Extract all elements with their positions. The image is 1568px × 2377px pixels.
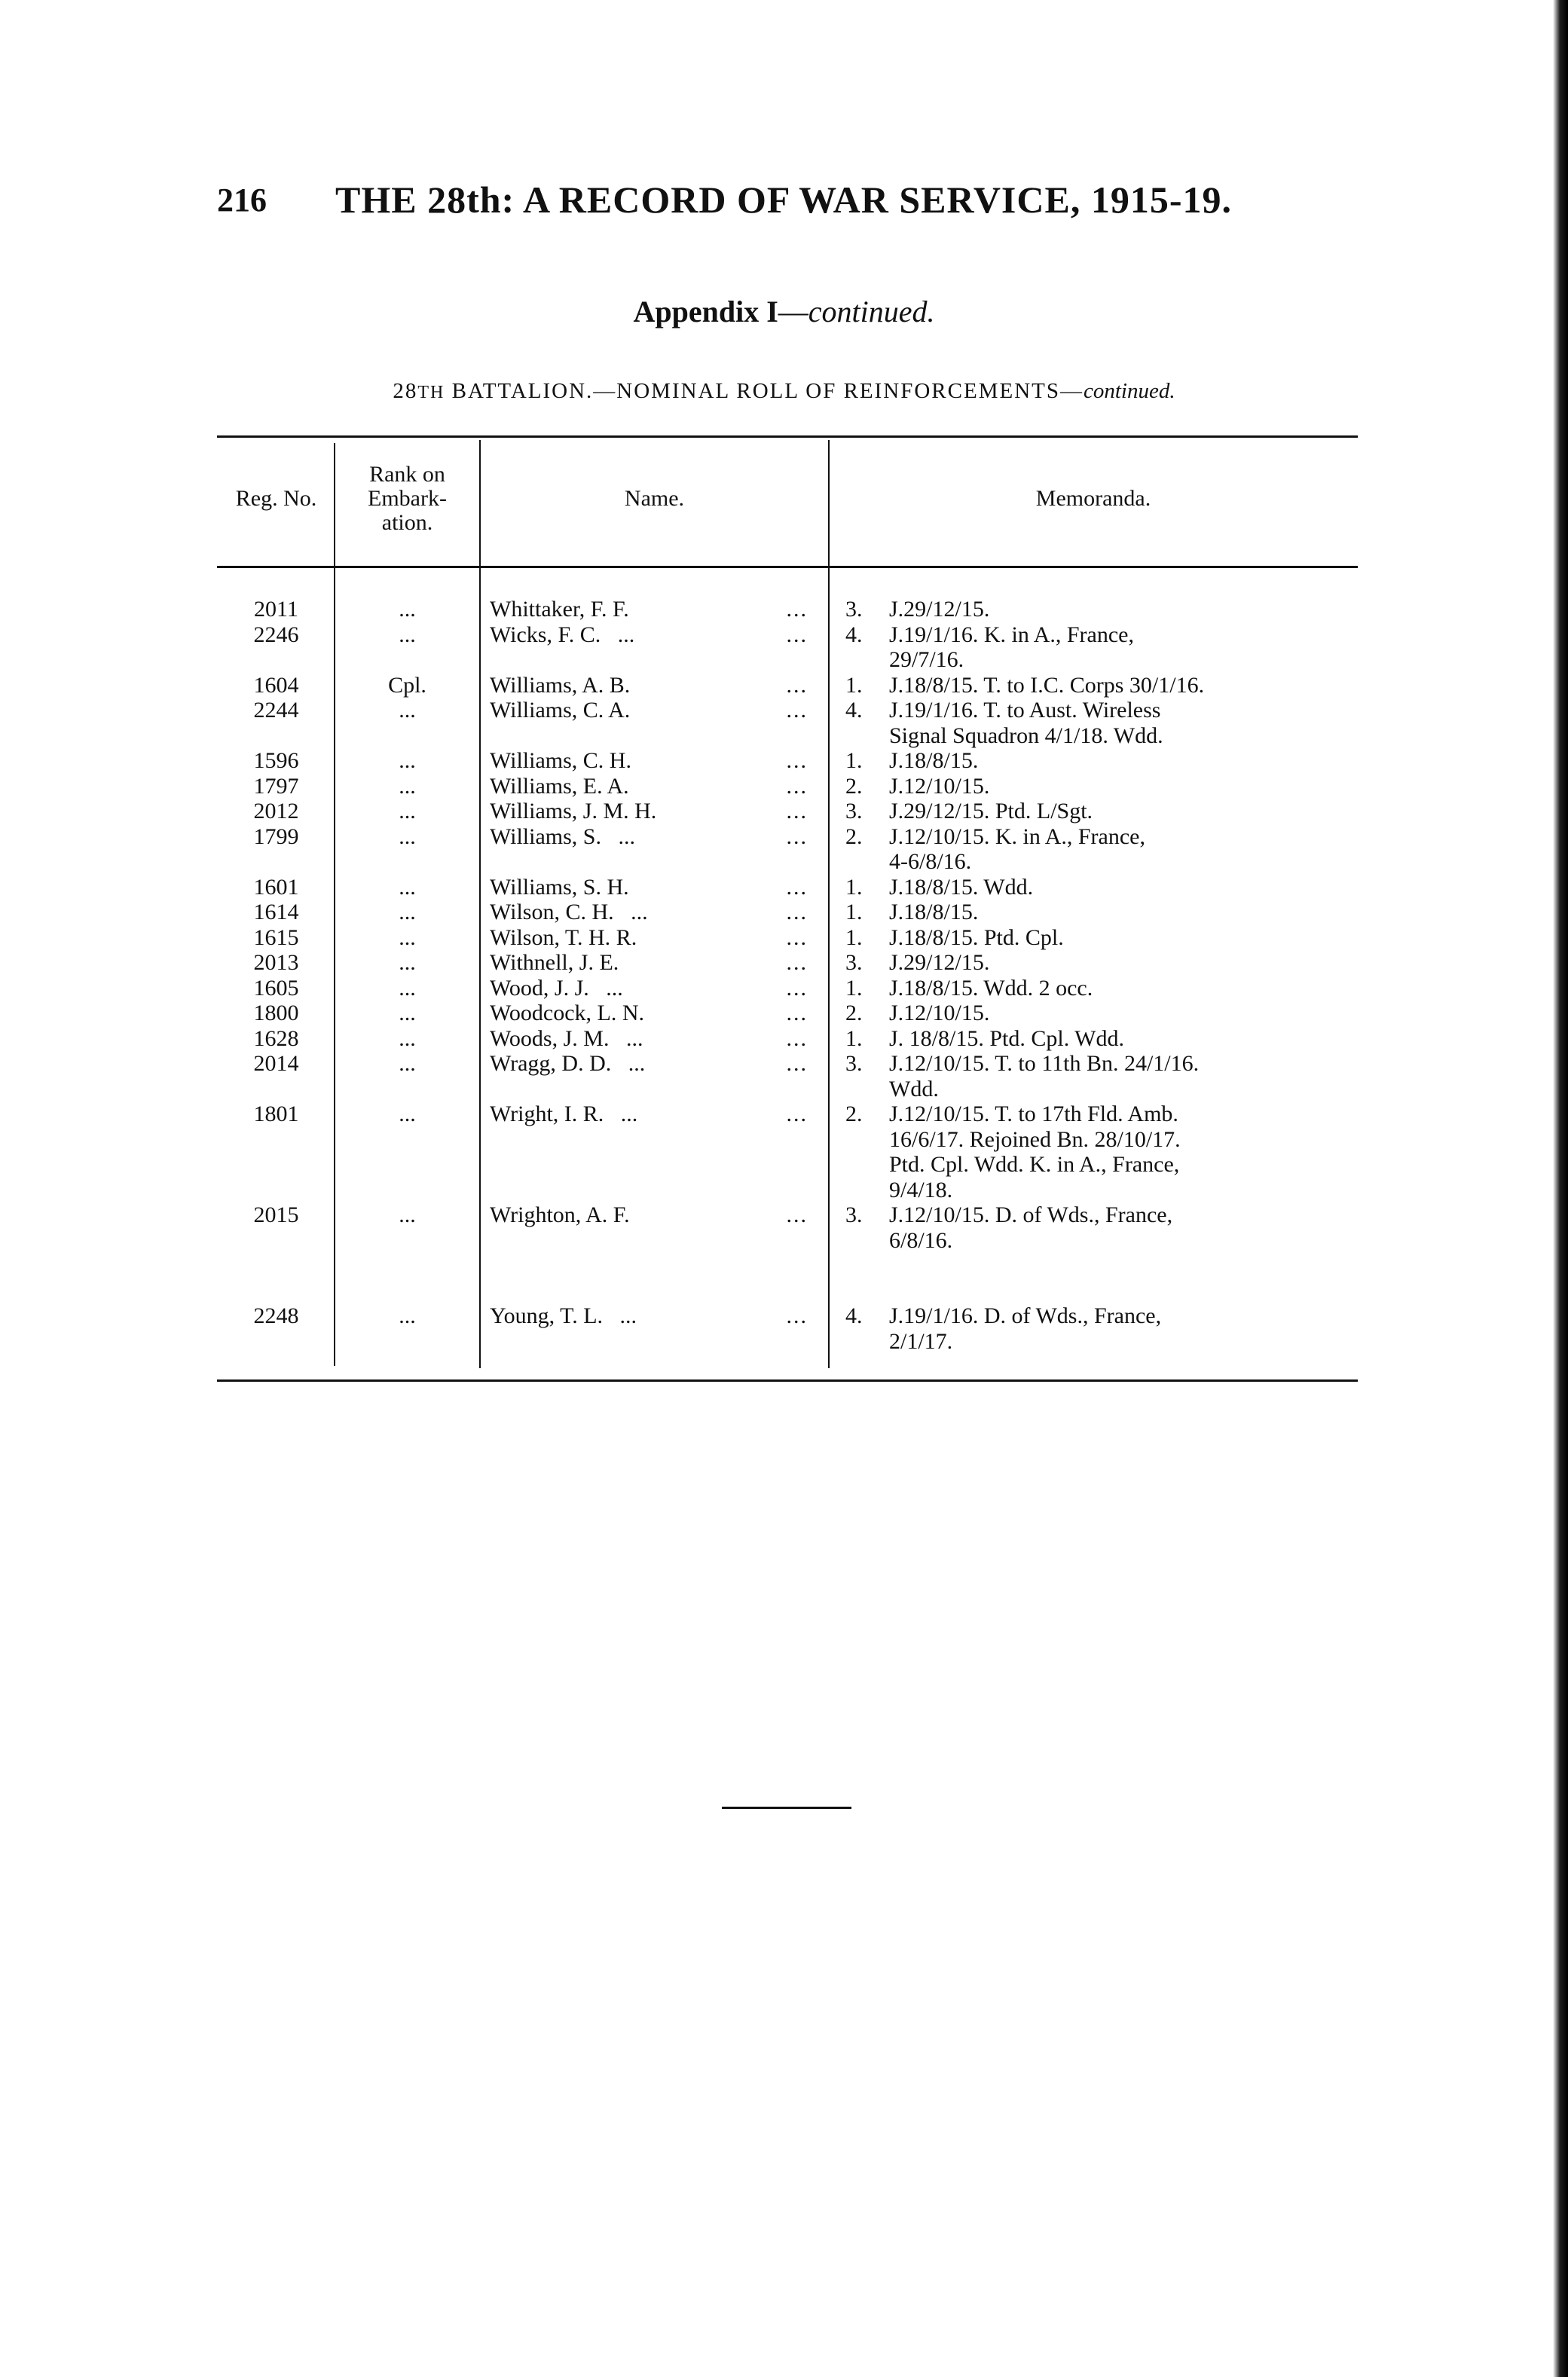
- name: Williams, S. H.: [490, 875, 629, 900]
- scan-edge-shadow: [1553, 0, 1568, 2377]
- subtitle-number: 28: [393, 379, 417, 403]
- name-cell: Wicks, F. C. ......: [481, 622, 829, 673]
- name: Wright, I. R. ...: [490, 1101, 637, 1202]
- memo-text: J.29/12/15. Ptd. L/Sgt.: [889, 799, 1356, 824]
- memoranda: 1.J.18/8/15. Wdd. 2 occ.: [829, 976, 1356, 1001]
- table-row: 2244 ... Williams, C. A.... 4.J.19/1/16.…: [219, 698, 1356, 748]
- header-rank: Rank on Embark- ation.: [335, 463, 479, 535]
- memo-number: 2.: [845, 1001, 889, 1026]
- memoranda: 1.J.18/8/15. Wdd.: [829, 875, 1356, 900]
- rank: ...: [334, 1001, 481, 1026]
- name: Wilson, T. H. R.: [490, 925, 637, 951]
- memo-text: J.12/10/15. K. in A., France,: [889, 824, 1356, 850]
- name: Williams, C. H.: [490, 748, 631, 774]
- table-row: 1800 ... Woodcock, L. N.... 2.J.12/10/15…: [219, 1001, 1356, 1026]
- leader-dots: ...: [787, 1101, 808, 1202]
- table-bottom-rule: [217, 1379, 1358, 1382]
- memoranda: 1.J.18/8/15. Ptd. Cpl.: [829, 925, 1356, 951]
- header-reg-no: Reg. No.: [219, 487, 334, 511]
- memoranda: 1.J.18/8/15.: [829, 900, 1356, 925]
- name-cell: Wilson, C. H. ......: [481, 900, 829, 925]
- name: Wragg, D. D. ...: [490, 1051, 645, 1101]
- memo-text: J.18/8/15. Wdd.: [889, 875, 1356, 900]
- name-cell: Woodcock, L. N....: [481, 1001, 829, 1026]
- memo-number: 3.: [845, 1202, 889, 1228]
- memo-text: J.19/1/16. T. to Aust. Wireless: [889, 698, 1356, 723]
- table-row: 1797 ... Williams, E. A.... 2.J.12/10/15…: [219, 774, 1356, 799]
- memoranda: 3.J.29/12/15.: [829, 597, 1356, 622]
- rank: ...: [334, 748, 481, 774]
- rank: ...: [334, 1026, 481, 1052]
- name: Williams, A. B.: [490, 673, 630, 698]
- table-row: 2246 ... Wicks, F. C. ...... 4.J.19/1/16…: [219, 622, 1356, 673]
- table-row: 2013 ... Withnell, J. E.... 3.J.29/12/15…: [219, 950, 1356, 976]
- leader-dots: ...: [787, 1026, 808, 1052]
- leader-dots: ...: [787, 673, 808, 698]
- rank: ...: [334, 875, 481, 900]
- memo-number: 1.: [845, 976, 889, 1001]
- name-cell: Woods, J. M. ......: [481, 1026, 829, 1052]
- subtitle-ordinal: TH: [417, 383, 445, 402]
- memo-number: 3.: [845, 950, 889, 976]
- name-cell: Williams, S. H....: [481, 875, 829, 900]
- leader-dots: ...: [787, 900, 808, 925]
- leader-dots: ...: [787, 748, 808, 774]
- leader-dots: ...: [787, 1202, 808, 1253]
- name-cell: Williams, C. A....: [481, 698, 829, 748]
- reg-no: 1628: [219, 1026, 334, 1052]
- leader-dots: ...: [787, 1001, 808, 1026]
- reg-no: 2012: [219, 799, 334, 824]
- memoranda: 2.J.12/10/15.: [829, 1001, 1356, 1026]
- table-row: 1615 ... Wilson, T. H. R.... 1.J.18/8/15…: [219, 925, 1356, 951]
- header-rank-line-1: Rank on: [335, 463, 479, 487]
- memoranda: 3.J.29/12/15. Ptd. L/Sgt.: [829, 799, 1356, 824]
- leader-dots: ...: [787, 875, 808, 900]
- rank: ...: [334, 799, 481, 824]
- leader-dots: ...: [787, 1303, 808, 1354]
- leader-dots: ...: [787, 799, 808, 824]
- memo-number: 2.: [845, 1101, 889, 1127]
- section-subtitle: 28TH BATTALION.—NOMINAL ROLL OF REINFORC…: [0, 379, 1568, 404]
- name-cell: Williams, J. M. H....: [481, 799, 829, 824]
- name: Woods, J. M. ...: [490, 1026, 643, 1052]
- table-row: 1799 ... Williams, S. ...... 2.J.12/10/1…: [219, 824, 1356, 875]
- reg-no: 2015: [219, 1202, 334, 1253]
- memoranda: 2.J.12/10/15. T. to 17th Fld. Amb. 16/6/…: [829, 1101, 1356, 1202]
- subtitle-main: BATTALION.—NOMINAL ROLL OF REINFORCEMENT…: [445, 379, 1084, 403]
- memo-number: 3.: [845, 597, 889, 622]
- leader-dots: ...: [787, 1051, 808, 1101]
- name: Young, T. L. ...: [490, 1303, 637, 1354]
- rank: ...: [334, 925, 481, 951]
- leader-dots: ...: [787, 824, 808, 875]
- name: Woodcock, L. N.: [490, 1001, 644, 1026]
- memo-number: 1.: [845, 900, 889, 925]
- memo-text: J.18/8/15. T. to I.C. Corps 30/1/16.: [889, 673, 1356, 698]
- memo-text: J.12/10/15. T. to 11th Bn. 24/1/16.: [889, 1051, 1356, 1077]
- table-row: 1628 ... Woods, J. M. ...... 1.J. 18/8/1…: [219, 1026, 1356, 1052]
- rank: ...: [334, 622, 481, 673]
- name: Williams, S. ...: [490, 824, 635, 875]
- row-spacer: [219, 1253, 1356, 1303]
- memo-text: J.29/12/15.: [889, 597, 1356, 622]
- table-row: 1596 ... Williams, C. H.... 1.J.18/8/15.: [219, 748, 1356, 774]
- leader-dots: ...: [787, 925, 808, 951]
- name: Withnell, J. E.: [490, 950, 619, 976]
- table-row: 2015 ... Wrighton, A. F.... 3.J.12/10/15…: [219, 1202, 1356, 1253]
- memo-text: J.12/10/15.: [889, 774, 1356, 799]
- reg-no: 1801: [219, 1101, 334, 1202]
- memo-text: J.12/10/15.: [889, 1001, 1356, 1026]
- rank: ...: [334, 597, 481, 622]
- memo-text: J.12/10/15. T. to 17th Fld. Amb.: [889, 1101, 1356, 1127]
- subtitle-continued: continued.: [1084, 379, 1175, 403]
- name: Wilson, C. H. ...: [490, 900, 648, 925]
- table-row: 1601 ... Williams, S. H.... 1.J.18/8/15.…: [219, 875, 1356, 900]
- name: Williams, E. A.: [490, 774, 629, 799]
- reg-no: 1604: [219, 673, 334, 698]
- memo-text: J.19/1/16. K. in A., France,: [889, 622, 1356, 648]
- reg-no: 1601: [219, 875, 334, 900]
- rank: ...: [334, 900, 481, 925]
- name: Whittaker, F. F.: [490, 597, 629, 622]
- memo-continuation: Wdd.: [845, 1077, 1356, 1102]
- reg-no: 2013: [219, 950, 334, 976]
- appendix-title: Appendix I: [633, 295, 778, 328]
- page-number: 216: [217, 181, 267, 219]
- memoranda: 1.J.18/8/15.: [829, 748, 1356, 774]
- leader-dots: ...: [787, 698, 808, 748]
- rank: ...: [334, 698, 481, 748]
- name: Wrighton, A. F.: [490, 1202, 630, 1253]
- memo-continuation: Signal Squadron 4/1/18. Wdd.: [845, 723, 1356, 749]
- header-rank-line-3: ation.: [335, 511, 479, 535]
- memoranda: 4.J.19/1/16. T. to Aust. Wireless Signal…: [829, 698, 1356, 748]
- reg-no: 1615: [219, 925, 334, 951]
- memo-number: 3.: [845, 799, 889, 824]
- memo-text: J.19/1/16. D. of Wds., France,: [889, 1303, 1356, 1329]
- appendix-continued: continued.: [808, 295, 935, 328]
- table-body: 2011 ... Whittaker, F. F.... 3.J.29/12/1…: [219, 597, 1356, 1354]
- name: Williams, C. A.: [490, 698, 630, 748]
- memoranda: 3.J.12/10/15. D. of Wds., France, 6/8/16…: [829, 1202, 1356, 1253]
- leader-dots: ...: [787, 597, 808, 622]
- memoranda: 1.J.18/8/15. T. to I.C. Corps 30/1/16.: [829, 673, 1356, 698]
- table-row: 2012 ... Williams, J. M. H.... 3.J.29/12…: [219, 799, 1356, 824]
- memo-text: J.12/10/15. D. of Wds., France,: [889, 1202, 1356, 1228]
- memo-continuation: 9/4/18.: [845, 1178, 1356, 1203]
- rank: ...: [334, 1303, 481, 1354]
- leader-dots: ...: [787, 976, 808, 1001]
- name-cell: Wrighton, A. F....: [481, 1202, 829, 1253]
- reg-no: 2244: [219, 698, 334, 748]
- table-row: 1614 ... Wilson, C. H. ...... 1.J.18/8/1…: [219, 900, 1356, 925]
- table-top-rule: [217, 435, 1358, 438]
- name-cell: Wright, I. R. ......: [481, 1101, 829, 1202]
- memoranda: 4.J.19/1/16. D. of Wds., France, 2/1/17.: [829, 1303, 1356, 1354]
- memo-number: 1.: [845, 925, 889, 951]
- memoranda: 2.J.12/10/15.: [829, 774, 1356, 799]
- reg-no: 2248: [219, 1303, 334, 1354]
- rank: ...: [334, 774, 481, 799]
- rank: ...: [334, 1202, 481, 1253]
- table-row: 2011 ... Whittaker, F. F.... 3.J.29/12/1…: [219, 597, 1356, 622]
- memo-text: J.18/8/15. Wdd. 2 occ.: [889, 976, 1356, 1001]
- name-cell: Williams, E. A....: [481, 774, 829, 799]
- memo-number: 4.: [845, 622, 889, 648]
- name: Williams, J. M. H.: [490, 799, 656, 824]
- section-end-rule: [722, 1807, 851, 1809]
- reg-no: 1614: [219, 900, 334, 925]
- reg-no: 1797: [219, 774, 334, 799]
- memoranda: 3.J.12/10/15. T. to 11th Bn. 24/1/16. Wd…: [829, 1051, 1356, 1101]
- table-row: 1604 Cpl. Williams, A. B.... 1.J.18/8/15…: [219, 673, 1356, 698]
- memo-continuation: 2/1/17.: [845, 1329, 1356, 1355]
- reg-no: 1800: [219, 1001, 334, 1026]
- reg-no: 1596: [219, 748, 334, 774]
- memo-text: J.18/8/15.: [889, 748, 1356, 774]
- memo-continuation: 29/7/16.: [845, 647, 1356, 673]
- name-cell: Williams, A. B....: [481, 673, 829, 698]
- memoranda: 2.J.12/10/15. K. in A., France, 4-6/8/16…: [829, 824, 1356, 875]
- name-cell: Wragg, D. D. ......: [481, 1051, 829, 1101]
- rank: ...: [334, 976, 481, 1001]
- name-cell: Williams, S. ......: [481, 824, 829, 875]
- table-row: 2014 ... Wragg, D. D. ...... 3.J.12/10/1…: [219, 1051, 1356, 1101]
- name-cell: Wilson, T. H. R....: [481, 925, 829, 951]
- leader-dots: ...: [787, 622, 808, 673]
- memo-number: 4.: [845, 698, 889, 723]
- reg-no: 1605: [219, 976, 334, 1001]
- memoranda: 3.J.29/12/15.: [829, 950, 1356, 976]
- memo-continuation: 16/6/17. Rejoined Bn. 28/10/17.: [845, 1127, 1356, 1153]
- name-cell: Wood, J. J. ......: [481, 976, 829, 1001]
- table-row: 1605 ... Wood, J. J. ...... 1.J.18/8/15.…: [219, 976, 1356, 1001]
- table-row: 1801 ... Wright, I. R. ...... 2.J.12/10/…: [219, 1101, 1356, 1202]
- memo-number: 1.: [845, 875, 889, 900]
- name: Wood, J. J. ...: [490, 976, 623, 1001]
- memo-number: 4.: [845, 1303, 889, 1329]
- name-cell: Williams, C. H....: [481, 748, 829, 774]
- appendix-dash: —: [778, 295, 808, 328]
- header-name: Name.: [481, 487, 828, 511]
- table-header-rule: [217, 566, 1358, 568]
- rank: ...: [334, 1051, 481, 1101]
- memo-number: 3.: [845, 1051, 889, 1077]
- memo-continuation: Ptd. Cpl. Wdd. K. in A., France,: [845, 1152, 1356, 1178]
- memo-number: 2.: [845, 774, 889, 799]
- rank: Cpl.: [334, 673, 481, 698]
- reg-no: 2246: [219, 622, 334, 673]
- reg-no: 2011: [219, 597, 334, 622]
- rank: ...: [334, 824, 481, 875]
- memoranda: 4.J.19/1/16. K. in A., France, 29/7/16.: [829, 622, 1356, 673]
- rank: ...: [334, 950, 481, 976]
- name-cell: Whittaker, F. F....: [481, 597, 829, 622]
- running-title: THE 28th: A RECORD OF WAR SERVICE, 1915-…: [335, 178, 1232, 222]
- name: Wicks, F. C. ...: [490, 622, 634, 673]
- memo-continuation: 6/8/16.: [845, 1228, 1356, 1254]
- memo-number: 1.: [845, 673, 889, 698]
- name-cell: Young, T. L. ......: [481, 1303, 829, 1354]
- appendix-heading: Appendix I—continued.: [0, 294, 1568, 329]
- rank: ...: [334, 1101, 481, 1202]
- reg-no: 2014: [219, 1051, 334, 1101]
- header-rank-line-2: Embark-: [335, 487, 479, 511]
- memo-text: J.18/8/15.: [889, 900, 1356, 925]
- reg-no: 1799: [219, 824, 334, 875]
- memoranda: 1.J. 18/8/15. Ptd. Cpl. Wdd.: [829, 1026, 1356, 1052]
- memo-number: 1.: [845, 1026, 889, 1052]
- header-memoranda: Memoranda.: [830, 487, 1357, 511]
- memo-number: 2.: [845, 824, 889, 850]
- leader-dots: ...: [787, 950, 808, 976]
- memo-text: J. 18/8/15. Ptd. Cpl. Wdd.: [889, 1026, 1356, 1052]
- memo-continuation: 4-6/8/16.: [845, 849, 1356, 875]
- leader-dots: ...: [787, 774, 808, 799]
- table-row: 2248 ... Young, T. L. ...... 4.J.19/1/16…: [219, 1303, 1356, 1354]
- memo-text: J.18/8/15. Ptd. Cpl.: [889, 925, 1356, 951]
- name-cell: Withnell, J. E....: [481, 950, 829, 976]
- memo-text: J.29/12/15.: [889, 950, 1356, 976]
- memo-number: 1.: [845, 748, 889, 774]
